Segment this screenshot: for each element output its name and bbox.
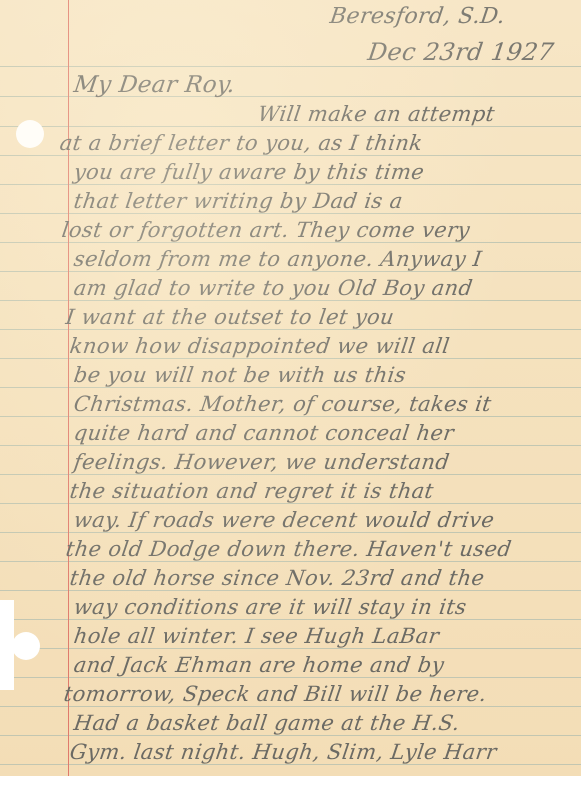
letter-line: feelings. However, we understand	[72, 450, 451, 474]
letter-line: you are fully aware by this time	[72, 160, 426, 184]
letter-line: know how disappointed we will all	[68, 334, 451, 358]
letter-line: tomorrow, Speck and Bill will be here.	[62, 682, 488, 706]
ruled-line	[0, 271, 581, 272]
ruled-line	[0, 619, 581, 620]
ruled-line	[0, 213, 581, 214]
letter-line: the old Dodge down there. Haven't used	[64, 537, 513, 561]
letter-line: be you will not be with us this	[72, 363, 407, 387]
punch-hole	[12, 632, 40, 660]
letter-line: quite hard and cannot conceal her	[72, 421, 455, 445]
letter-line: am glad to write to you Old Boy and	[72, 276, 474, 300]
ruled-line	[0, 677, 581, 678]
ruled-line	[0, 474, 581, 475]
letter-line: Gym. last night. Hugh, Slim, Lyle Harr	[68, 740, 498, 764]
ruled-line	[0, 126, 581, 127]
ruled-line	[0, 532, 581, 533]
letter-line: Christmas. Mother, of course, takes it	[72, 392, 493, 416]
ruled-line	[0, 387, 581, 388]
letter-page: Beresford, S.D. Dec 23rd 1927 My Dear Ro…	[0, 0, 581, 788]
ruled-line	[0, 590, 581, 591]
letter-line: Had a basket ball game at the H.S.	[72, 711, 461, 735]
ruled-line	[0, 184, 581, 185]
letter-line: and Jack Ehman are home and by	[72, 653, 445, 677]
letter-line: way conditions are it will stay in its	[72, 595, 468, 619]
letter-salutation: My Dear Roy.	[72, 72, 237, 98]
ruled-line	[0, 242, 581, 243]
ruled-line	[0, 155, 581, 156]
ruled-line	[0, 329, 581, 330]
ruled-line	[0, 445, 581, 446]
red-margin-line	[68, 0, 69, 788]
letter-line: the old horse since Nov. 23rd and the	[68, 566, 486, 590]
letter-place: Beresford, S.D.	[328, 4, 507, 29]
letter-line: hole all winter. I see Hugh LaBar	[72, 624, 441, 648]
ruled-line	[0, 706, 581, 707]
ruled-line	[0, 300, 581, 301]
letter-line: I want at the outset to let you	[64, 305, 396, 329]
letter-line: way. If roads were decent would drive	[72, 508, 496, 532]
ruled-line	[0, 503, 581, 504]
ruled-line	[0, 764, 581, 765]
ruled-line	[0, 561, 581, 562]
letter-line: lost or forgotten art. They come very	[60, 218, 471, 242]
letter-line: Will make an attempt	[256, 102, 496, 126]
letter-line: at a brief letter to you, as I think	[58, 131, 424, 155]
letter-line: the situation and regret it is that	[68, 479, 435, 503]
letter-date: Dec 23rd 1927	[366, 38, 556, 66]
ruled-line	[0, 66, 581, 67]
letter-line: that letter writing by Dad is a	[72, 189, 404, 213]
punch-hole	[16, 120, 44, 148]
ruled-line	[0, 735, 581, 736]
letter-line: seldom from me to anyone. Anyway I	[72, 247, 483, 271]
ruled-line	[0, 648, 581, 649]
page-bottom-edge	[0, 776, 581, 788]
ruled-line	[0, 358, 581, 359]
ruled-line	[0, 416, 581, 417]
